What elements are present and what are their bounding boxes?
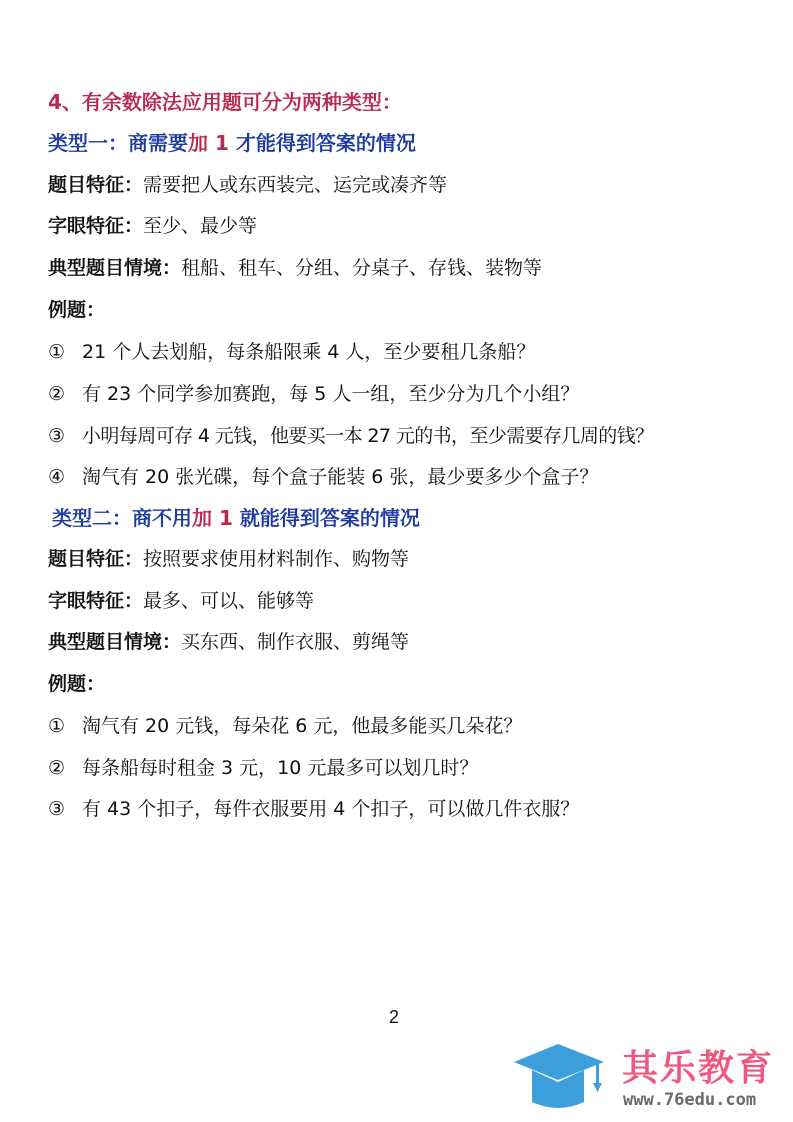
brand-name: 其乐教育 [622, 1040, 774, 1091]
type2-feature-label: 题目特征： [48, 548, 143, 570]
example-text: 每条船每时租金 3 元，10 元最多可以划几时？ [82, 757, 478, 779]
type2-title-suffix: 就能得到答案的情况 [233, 506, 420, 530]
brand-url: www.76edu.com [623, 1090, 756, 1110]
type2-feature: 题目特征：按照要求使用材料制作、购物等 [48, 547, 409, 571]
type1-keyword: 字眼特征：至少、最少等 [48, 214, 257, 238]
type1-example: ④淘气有 20 张光碟，每个盒子能装 6 张，最少要多少个盒子？ [48, 465, 598, 489]
type2-keyword: 字眼特征：最多、可以、能够等 [48, 589, 314, 613]
example-number: ③ [48, 424, 82, 448]
type2-keyword-text: 最多、可以、能够等 [143, 590, 314, 612]
example-number: ① [48, 340, 82, 364]
type2-scenario-label: 典型题目情境： [48, 631, 181, 653]
type1-keyword-label: 字眼特征： [48, 215, 143, 237]
graduation-cap-icon [510, 1042, 610, 1114]
example-number: ② [48, 382, 82, 406]
type2-title-highlight: 加 1 [192, 506, 233, 530]
type1-feature-text: 需要把人或东西装完、运完或凑齐等 [143, 174, 447, 196]
type1-scenario: 典型题目情境：租船、租车、分组、分桌子、存钱、装物等 [48, 256, 542, 280]
type2-title-prefix: 类型二：商不用 [52, 506, 192, 530]
type1-feature: 题目特征：需要把人或东西装完、运完或凑齐等 [48, 173, 447, 197]
type1-title-highlight: 加 1 [188, 131, 229, 155]
type1-scenario-label: 典型题目情境： [48, 257, 181, 279]
brand-logo: 其乐教育 www.76edu.com [510, 1040, 790, 1115]
type2-scenario-text: 买东西、制作衣服、剪绳等 [181, 631, 409, 653]
page-number: 2 [389, 1007, 399, 1028]
type1-examples-label: 例题： [48, 298, 105, 322]
type1-example: ③小明每周可存 4 元钱，他要买一本 27 元的书，至少需要存几周的钱？ [48, 424, 653, 448]
example-number: ④ [48, 465, 82, 489]
type2-feature-text: 按照要求使用材料制作、购物等 [143, 548, 409, 570]
type1-keyword-text: 至少、最少等 [143, 215, 257, 237]
type1-example: ①21 个人去划船，每条船限乘 4 人，至少要租几条船？ [48, 340, 535, 364]
type2-keyword-label: 字眼特征： [48, 590, 143, 612]
type2-scenario: 典型题目情境：买东西、制作衣服、剪绳等 [48, 630, 409, 654]
example-text: 淘气有 20 元钱，每朵花 6 元，他最多能买几朵花？ [82, 715, 522, 737]
example-text: 淘气有 20 张光碟，每个盒子能装 6 张，最少要多少个盒子？ [82, 466, 598, 488]
type2-example: ①淘气有 20 元钱，每朵花 6 元，他最多能买几朵花？ [48, 714, 522, 738]
example-text: 21 个人去划船，每条船限乘 4 人，至少要租几条船？ [82, 341, 535, 363]
example-text: 有 23 个同学参加赛跑，每 5 人一组，至少分为几个小组？ [82, 383, 579, 405]
example-text: 小明每周可存 4 元钱，他要买一本 27 元的书，至少需要存几周的钱？ [82, 425, 653, 447]
type1-title: 类型一：商需要加 1 才能得到答案的情况 [48, 131, 416, 155]
type1-title-suffix: 才能得到答案的情况 [229, 131, 416, 155]
type1-feature-label: 题目特征： [48, 174, 143, 196]
example-number: ② [48, 756, 82, 780]
example-number: ① [48, 714, 82, 738]
type1-scenario-text: 租船、租车、分组、分桌子、存钱、装物等 [181, 257, 542, 279]
type2-example: ②每条船每时租金 3 元，10 元最多可以划几时？ [48, 756, 478, 780]
type1-example: ②有 23 个同学参加赛跑，每 5 人一组，至少分为几个小组？ [48, 382, 579, 406]
type1-title-prefix: 类型一：商需要 [48, 131, 188, 155]
type2-examples-label: 例题： [48, 672, 105, 696]
example-text: 有 43 个扣子，每件衣服要用 4 个扣子，可以做几件衣服？ [82, 798, 579, 820]
type2-example: ③有 43 个扣子，每件衣服要用 4 个扣子，可以做几件衣服？ [48, 797, 579, 821]
type2-title: 类型二：商不用加 1 就能得到答案的情况 [52, 506, 420, 530]
section-heading: 4、有余数除法应用题可分为两种类型： [48, 90, 402, 114]
example-number: ③ [48, 797, 82, 821]
